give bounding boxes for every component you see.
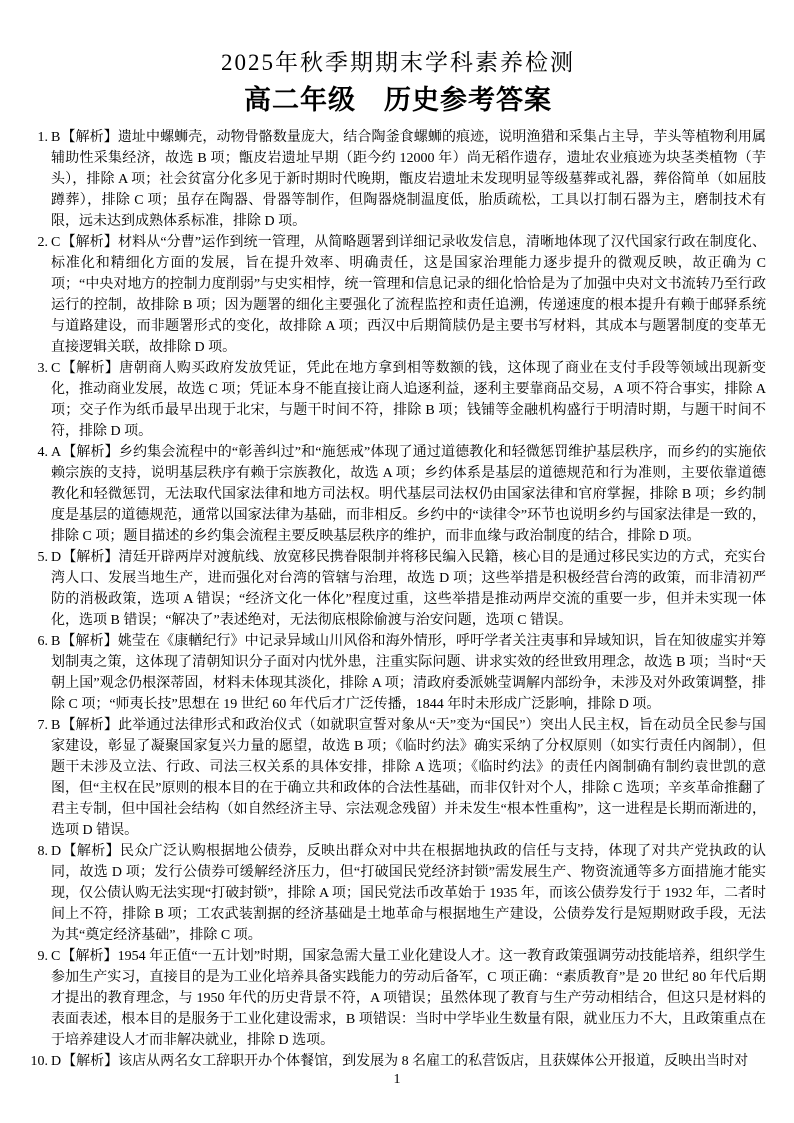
answer-letter: A [51, 445, 62, 460]
analysis-label: 【解析】 [62, 1054, 118, 1069]
analysis-label: 【解析】 [62, 550, 118, 565]
question-number: 2. [30, 232, 51, 253]
answer-item: 3.C【解析】唐朝商人购买政府发放凭证，凭此在地方拿到相等数额的钱，这体现了商业… [30, 358, 766, 442]
answer-letter: B [51, 718, 61, 733]
analysis-label: 【解析】 [62, 844, 120, 859]
question-number: 9. [30, 946, 51, 967]
answer-item: 1.B【解析】遗址中螺蛳壳，动物骨骼数量庞大，结合陶釜食螺蛳的痕迹，说明渔猎和采… [30, 127, 766, 232]
analysis-text: 此举通过法律形式和政治仪式（如就职宣誓对象从“天”变为“国民”）突出人民主权，旨… [51, 718, 766, 838]
analysis-text: 清廷开辟两岸对渡航线、放宽移民携眷限制并将移民编入民籍，核心目的是通过移民实边的… [51, 550, 766, 628]
answer-item: 9.C【解析】1954 年正值“一五计划”时期，国家急需大量工业化建设人才。这一… [30, 946, 766, 1051]
answer-item: 7.B【解析】此举通过法律形式和政治仪式（如就职宣誓对象从“天”变为“国民”）突… [30, 715, 766, 841]
answer-letter: B [51, 130, 61, 145]
answer-letter: D [51, 1054, 62, 1069]
answer-item: 2.C【解析】材料从“分曹”运作到统一管理，从简略题署到详细记录收发信息，清晰地… [30, 232, 766, 358]
answer-item: 10.D【解析】该店从两名女工辞职开办个体餐馆，到发展为 8 名雇工的私营饭店，… [30, 1051, 766, 1072]
analysis-text: 民众广泛认购根据地公债券，反映出群众对中共在根据地执政的信任与支持，体现了对共产… [51, 844, 766, 943]
answer-item: 8.D【解析】民众广泛认购根据地公债券，反映出群众对中共在根据地执政的信任与支持… [30, 841, 766, 946]
document-title: 2025年秋季期期末学科素养检测 [30, 48, 766, 78]
answer-item: 5.D【解析】清廷开辟两岸对渡航线、放宽移民携眷限制并将移民编入民籍，核心目的是… [30, 547, 766, 631]
answer-letter: D [51, 550, 62, 565]
question-number: 1. [30, 127, 51, 148]
analysis-text: 唐朝商人购买政府发放凭证，凭此在地方拿到相等数额的钱，这体现了商业在支付手段等领… [51, 361, 766, 439]
analysis-label: 【解析】 [61, 949, 117, 964]
analysis-text: 该店从两名女工辞职开办个体餐馆，到发展为 8 名雇工的私营饭店，且获媒体公开报道… [118, 1054, 748, 1069]
question-number: 4. [30, 442, 51, 463]
analysis-text: 乡约集会流程中的“彰善纠过”和“施惩戒”体现了通过道德教化和轻微惩罚维护基层秩序… [51, 445, 766, 544]
answer-letter: C [51, 235, 61, 250]
exam-answer-page: 2025年秋季期期末学科素养检测 高二年级 历史参考答案 1.B【解析】遗址中螺… [0, 0, 794, 1123]
question-number: 3. [30, 358, 51, 379]
answer-list: 1.B【解析】遗址中螺蛳壳，动物骨骼数量庞大，结合陶釜食螺蛳的痕迹，说明渔猎和采… [30, 127, 766, 1072]
answer-letter: C [51, 361, 61, 376]
question-number: 7. [30, 715, 51, 736]
answer-letter: C [51, 949, 61, 964]
analysis-text: 1954 年正值“一五计划”时期，国家急需大量工业化建设人才。这一教育政策强调劳… [51, 949, 766, 1048]
answer-item: 4.A【解析】乡约集会流程中的“彰善纠过”和“施惩戒”体现了通过道德教化和轻微惩… [30, 442, 766, 547]
analysis-label: 【解析】 [62, 445, 119, 460]
answer-letter: B [51, 634, 61, 649]
question-number: 10. [30, 1051, 51, 1072]
analysis-text: 姚莹在《康輶纪行》中记录异域山川风俗和海外情形，呼吁学者关注夷事和异域知识，旨在… [51, 634, 766, 712]
document-subtitle: 高二年级 历史参考答案 [30, 84, 766, 116]
analysis-text: 遗址中螺蛳壳，动物骨骼数量庞大，结合陶釜食螺蛳的痕迹，说明渔猎和采集占主导，芋头… [51, 130, 766, 229]
analysis-label: 【解析】 [61, 361, 119, 376]
question-number: 8. [30, 841, 51, 862]
analysis-label: 【解析】 [61, 235, 118, 250]
analysis-label: 【解析】 [61, 130, 117, 145]
question-number: 5. [30, 547, 51, 568]
answer-item: 6.B【解析】姚莹在《康輶纪行》中记录异域山川风俗和海外情形，呼吁学者关注夷事和… [30, 631, 766, 715]
analysis-text: 材料从“分曹”运作到统一管理，从简略题署到详细记录收发信息，清晰地体现了汉代国家… [51, 235, 766, 355]
question-number: 6. [30, 631, 51, 652]
answer-letter: D [51, 844, 62, 859]
analysis-label: 【解析】 [61, 718, 118, 733]
analysis-label: 【解析】 [61, 634, 117, 649]
page-number: 1 [0, 1071, 794, 1089]
